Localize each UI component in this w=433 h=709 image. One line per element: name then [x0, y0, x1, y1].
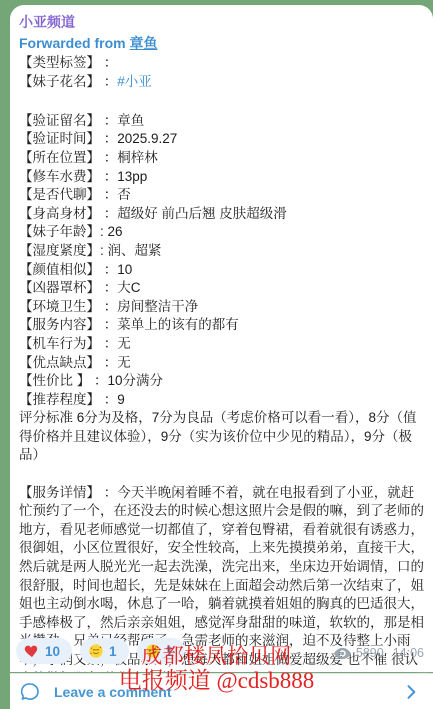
leave-comment-bar[interactable]: Leave a comment: [10, 673, 433, 709]
field-type-tag: 【类型标签】 ：: [19, 54, 424, 73]
field-looks: 【颜值相似】 ：10: [19, 261, 424, 280]
rating-scale-note: 评分标准 6分为及格，7分为良品（考虑价格可以看一看），8分（值得价格并且建议体…: [19, 409, 424, 465]
rolling-on-floor-laughing-icon: [145, 643, 161, 659]
field-verify-time: 【验证时间】 ：2025.9.27: [19, 130, 424, 149]
message-time: 14:06: [393, 646, 424, 660]
channel-title-link[interactable]: 小亚频道: [19, 12, 424, 33]
flower-name-label: 【妹子花名】 ：: [19, 74, 117, 89]
field-figure: 【身高身材】 ：超级好 前凸后翘 皮肤超级滑: [19, 205, 424, 224]
chevron-right-icon[interactable]: [401, 682, 421, 702]
reactions-row: 10 1: [16, 638, 185, 664]
flower-name-hashtag-link[interactable]: #小亚: [117, 74, 152, 89]
field-age: 【妹子年龄】: 26: [19, 223, 424, 242]
reaction-laugh-pill[interactable]: 1: [137, 638, 186, 664]
forwarded-source-link[interactable]: 章鱼: [129, 35, 157, 51]
message-bubble: 小亚频道 Forwarded from 章鱼 【类型标签】 ： 【妹子花名】 ：…: [10, 5, 433, 672]
field-verify-name: 【验证留名】 ：章鱼: [19, 112, 424, 131]
field-location: 【所在位置】 ：桐梓林: [19, 149, 424, 168]
comment-bubble-icon: [19, 681, 41, 703]
field-proxy-chat: 【是否代聊】 ：否: [19, 186, 424, 205]
field-environment: 【环境卫生】 ：房间整洁干净: [19, 298, 424, 317]
field-pros-cons: 【优点缺点】 ：无: [19, 354, 424, 373]
reaction-count: 1: [109, 644, 117, 659]
reaction-count: 1: [166, 644, 174, 659]
views-eye-icon: [334, 647, 351, 660]
field-cup: 【凶器罩杯】 ：大C: [19, 279, 424, 298]
leave-comment-label: Leave a comment: [54, 684, 172, 700]
field-value: 【性价比 】 ：10分满分: [19, 372, 424, 391]
message-meta: 5890 14:06: [334, 646, 424, 660]
forwarded-header: Forwarded from 章鱼: [19, 33, 424, 54]
blank-line: [19, 91, 424, 110]
field-services: 【服务内容】 ：菜单上的该有的都有: [19, 316, 424, 335]
field-flower-name: 【妹子花名】 ：#小亚: [19, 73, 424, 92]
field-clock-watch: 【机车行为】 ：无: [19, 335, 424, 354]
field-price: 【修车水费】 ：13pp: [19, 168, 424, 187]
reaction-count: 10: [45, 644, 60, 659]
reaction-love-face-pill[interactable]: 1: [80, 638, 129, 664]
field-tightness: 【湿度紧度】: 润、超紧: [19, 242, 424, 261]
field-recommend: 【推荐程度】 ：9: [19, 391, 424, 410]
red-heart-icon: [24, 643, 40, 659]
blank-line: [19, 465, 424, 484]
info-list: 【验证留名】 ：章鱼 【验证时间】 ：2025.9.27 【所在位置】 ：桐梓林…: [19, 112, 424, 410]
reaction-heart-pill[interactable]: 10: [16, 638, 72, 664]
smiling-face-with-hearts-icon: [88, 643, 104, 659]
view-count: 5890: [356, 646, 384, 660]
forwarded-prefix: Forwarded from: [19, 35, 126, 51]
